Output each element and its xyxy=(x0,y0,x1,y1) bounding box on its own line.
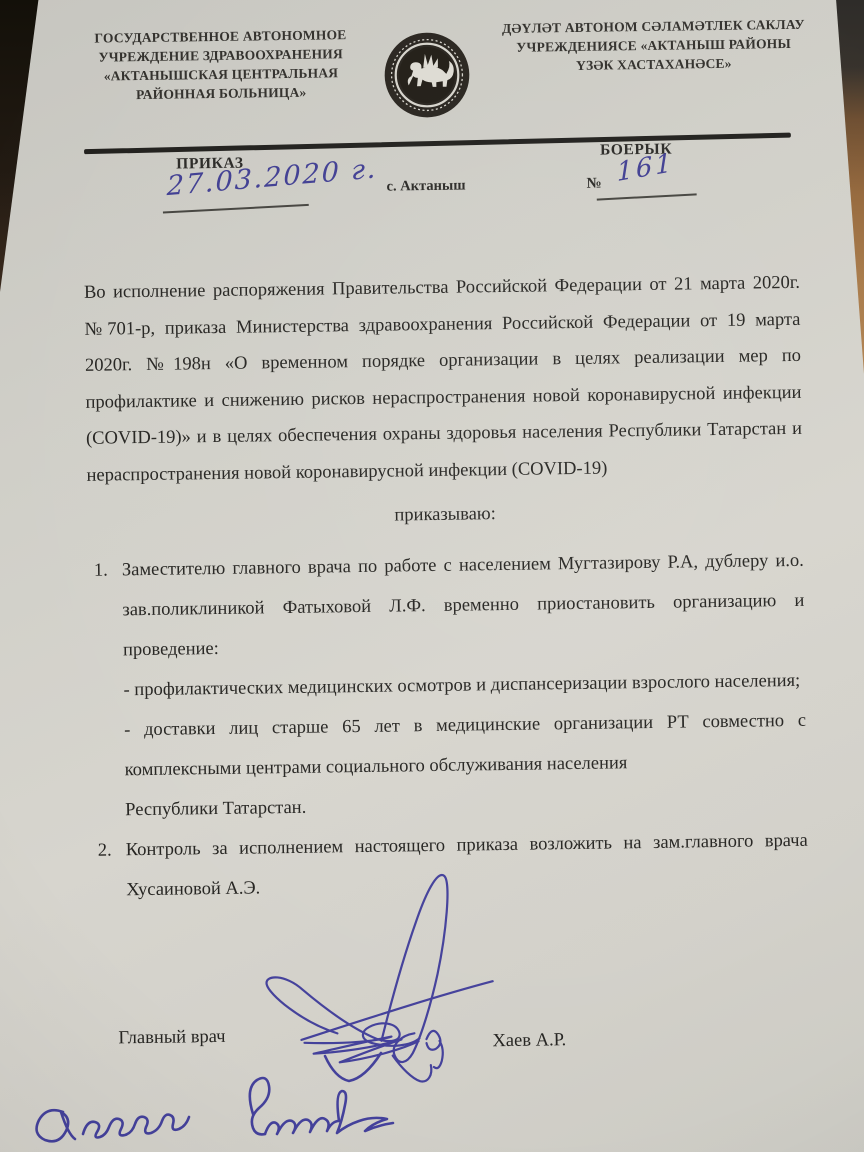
date-underline xyxy=(163,204,309,214)
signature-position-title: Главный врач xyxy=(118,1027,225,1049)
scanned-order-document: ГОСУДАРСТВЕННОЕ АВТОНОМНОЕ УЧРЕЖДЕНИЕ ЗД… xyxy=(0,0,864,1152)
number-underline xyxy=(597,193,697,200)
tatarstan-emblem-icon xyxy=(380,27,473,122)
director-signature-icon xyxy=(239,840,572,1090)
order-body: Во исполнение распоряжения Правительства… xyxy=(84,265,809,911)
item-text: Заместителю главного врача по работе с н… xyxy=(122,541,808,830)
item-paragraph: - доставки лиц старше 65 лет в медицинск… xyxy=(124,701,807,791)
decree-word: приказываю: xyxy=(87,491,803,539)
item-paragraph: Заместителю главного врача по работе с н… xyxy=(122,541,806,671)
order-place: с. Актаныш xyxy=(386,177,465,195)
order-item-1: 1. Заместителю главного врача по работе … xyxy=(88,541,808,831)
order-number-label: № xyxy=(586,176,601,193)
item-number: 2. xyxy=(92,830,127,870)
header-rule xyxy=(84,133,791,154)
org-name-russian: ГОСУДАРСТВЕННОЕ АВТОНОМНОЕ УЧРЕЖДЕНИЕ ЗД… xyxy=(70,25,371,106)
item-number: 1. xyxy=(88,550,123,590)
org-name-tatar: ДӘҮЛӘТ АВТОНОМ СӘЛАМӘТЛЕК САКЛАУ УЧРЕЖДЕ… xyxy=(500,15,807,77)
preamble-paragraph: Во исполнение распоряжения Правительства… xyxy=(84,265,803,494)
